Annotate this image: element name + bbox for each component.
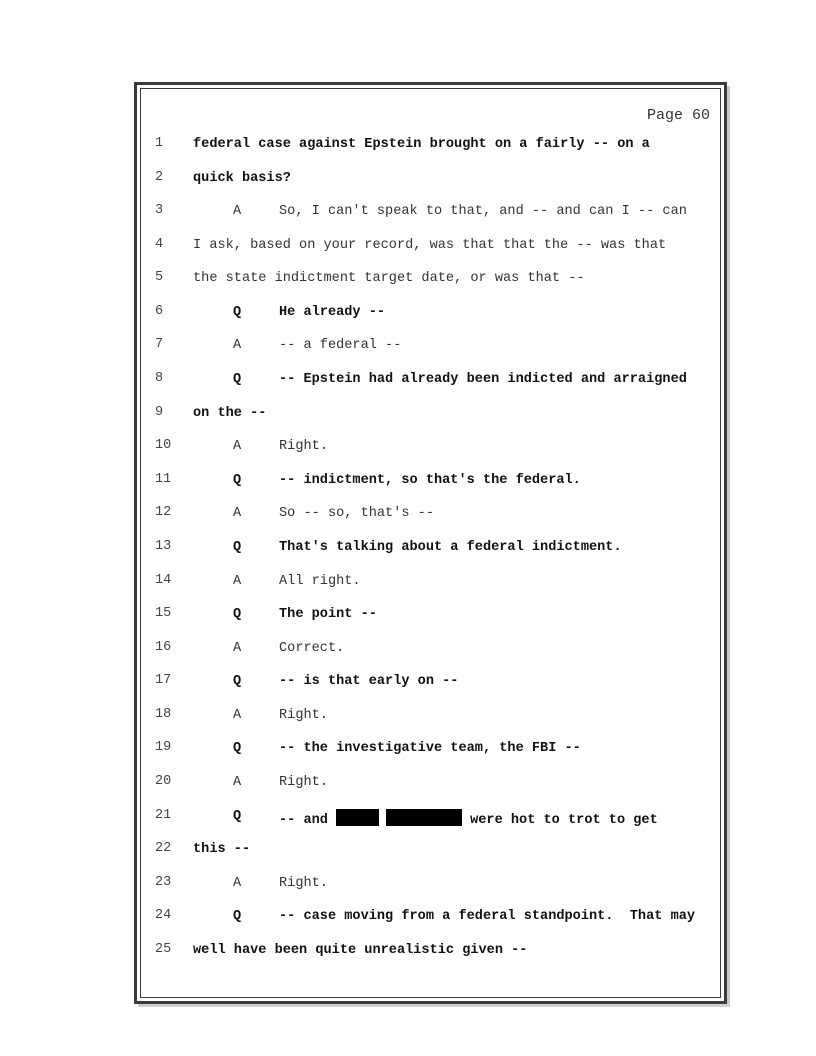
transcript-line: 23ARight. (0, 875, 816, 895)
speaker-label: A (233, 876, 241, 891)
line-text: He already -- (279, 305, 385, 320)
line-text: -- case moving from a federal standpoint… (279, 909, 695, 924)
line-text: the state indictment target date, or was… (193, 271, 585, 286)
line-text: Right. (279, 775, 328, 790)
speaker-label: Q (233, 305, 241, 320)
line-number: 19 (155, 740, 171, 755)
line-number: 15 (155, 606, 171, 621)
speaker-label: Q (233, 741, 241, 756)
line-text: -- Epstein had already been indicted and… (279, 372, 687, 387)
line-number: 23 (155, 875, 171, 890)
line-text: on the -- (193, 406, 266, 421)
transcript-line: 15QThe point -- (0, 606, 816, 626)
line-text: I ask, based on your record, was that th… (193, 238, 666, 253)
line-text: Right. (279, 439, 328, 454)
line-text: Correct. (279, 641, 344, 656)
line-number: 8 (155, 371, 163, 386)
transcript-line: 7A-- a federal -- (0, 337, 816, 357)
line-text-after: were hot to trot to get (470, 813, 658, 828)
line-text: -- a federal -- (279, 338, 401, 353)
transcript-line: 22this -- (0, 841, 816, 861)
line-text: -- indictment, so that's the federal. (279, 473, 581, 488)
line-text: well have been quite unrealistic given -… (193, 943, 527, 958)
speaker-label: A (233, 775, 241, 790)
redaction-block (386, 809, 462, 826)
speaker-label: Q (233, 909, 241, 924)
transcript-line: 25well have been quite unrealistic given… (0, 942, 816, 962)
transcript-line: 14AAll right. (0, 573, 816, 593)
line-number: 7 (155, 337, 163, 352)
line-number: 1 (155, 136, 163, 151)
transcript-line: 24Q-- case moving from a federal standpo… (0, 908, 816, 928)
page-number: Page 60 (647, 107, 710, 124)
transcript-line: 6QHe already -- (0, 304, 816, 324)
transcript-line: 21Q-- and were hot to trot to get (0, 808, 816, 828)
transcript-line: 2quick basis? (0, 170, 816, 190)
line-text-before: -- and (279, 813, 336, 828)
transcript-line: 20ARight. (0, 774, 816, 794)
speaker-label: A (233, 574, 241, 589)
line-text: federal case against Epstein brought on … (193, 137, 650, 152)
speaker-label: A (233, 641, 241, 656)
speaker-label: A (233, 439, 241, 454)
line-number: 17 (155, 673, 171, 688)
line-text: So, I can't speak to that, and -- and ca… (279, 204, 687, 219)
transcript-line: 9on the -- (0, 405, 816, 425)
speaker-label: Q (233, 607, 241, 622)
speaker-label: Q (233, 674, 241, 689)
speaker-label: Q (233, 372, 241, 387)
line-number: 9 (155, 405, 163, 420)
line-number: 12 (155, 505, 171, 520)
speaker-label: A (233, 708, 241, 723)
transcript-line: 12ASo -- so, that's -- (0, 505, 816, 525)
line-number: 22 (155, 841, 171, 856)
line-text: Right. (279, 708, 328, 723)
line-text: -- is that early on -- (279, 674, 458, 689)
speaker-label: Q (233, 809, 241, 824)
transcript-line: 11Q-- indictment, so that's the federal. (0, 472, 816, 492)
speaker-label: A (233, 204, 241, 219)
transcript-line: 10ARight. (0, 438, 816, 458)
line-number: 14 (155, 573, 171, 588)
line-text: -- and were hot to trot to get (279, 809, 658, 828)
transcript-line: 5the state indictment target date, or wa… (0, 270, 816, 290)
line-number: 6 (155, 304, 163, 319)
line-number: 24 (155, 908, 171, 923)
line-text: -- the investigative team, the FBI -- (279, 741, 581, 756)
line-number: 25 (155, 942, 171, 957)
line-number: 4 (155, 237, 163, 252)
line-number: 21 (155, 808, 171, 823)
line-number: 3 (155, 203, 163, 218)
line-number: 16 (155, 640, 171, 655)
line-text: this -- (193, 842, 250, 857)
speaker-label: Q (233, 540, 241, 555)
line-text: All right. (279, 574, 361, 589)
speaker-label: A (233, 338, 241, 353)
line-number: 20 (155, 774, 171, 789)
line-text: quick basis? (193, 171, 291, 186)
frame-shadow-bottom (138, 1004, 730, 1007)
line-number: 13 (155, 539, 171, 554)
transcript-line: 16ACorrect. (0, 640, 816, 660)
transcript-line: 3ASo, I can't speak to that, and -- and … (0, 203, 816, 223)
transcript-line: 1federal case against Epstein brought on… (0, 136, 816, 156)
transcript-line: 17Q-- is that early on -- (0, 673, 816, 693)
line-number: 2 (155, 170, 163, 185)
redaction-block (336, 809, 379, 826)
line-text: Right. (279, 876, 328, 891)
line-text: That's talking about a federal indictmen… (279, 540, 622, 555)
line-number: 10 (155, 438, 171, 453)
line-text: So -- so, that's -- (279, 506, 434, 521)
line-number: 11 (155, 472, 171, 487)
line-number: 5 (155, 270, 163, 285)
speaker-label: A (233, 506, 241, 521)
line-text: The point -- (279, 607, 377, 622)
transcript-line: 19Q-- the investigative team, the FBI -- (0, 740, 816, 760)
transcript-line: 4I ask, based on your record, was that t… (0, 237, 816, 257)
transcript-line: 13QThat's talking about a federal indict… (0, 539, 816, 559)
transcript-line: 18ARight. (0, 707, 816, 727)
transcript-line: 8Q-- Epstein had already been indicted a… (0, 371, 816, 391)
line-number: 18 (155, 707, 171, 722)
speaker-label: Q (233, 473, 241, 488)
